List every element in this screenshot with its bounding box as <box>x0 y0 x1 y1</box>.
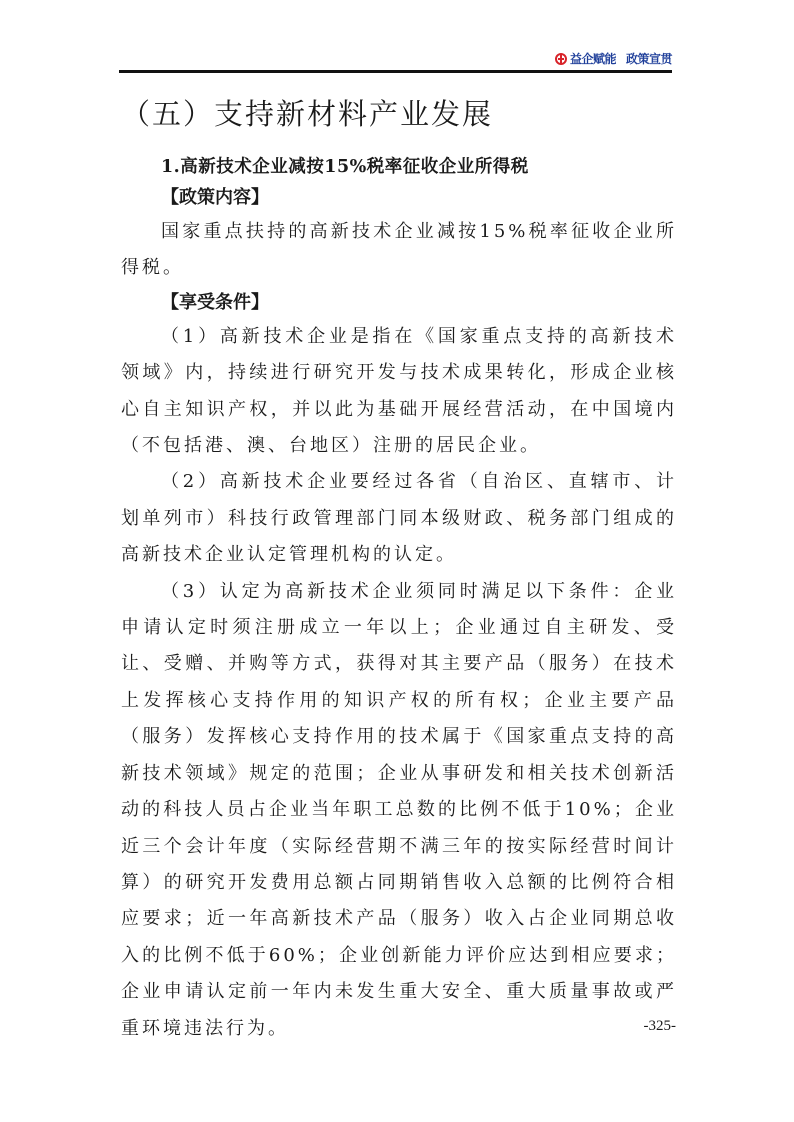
header-divider <box>119 70 672 73</box>
policy-content-label: 【政策内容】 <box>121 182 677 214</box>
brand-banner: 益企赋能 政策宣贯 <box>555 50 672 67</box>
brand-name: 益企赋能 <box>570 50 616 67</box>
red-circle-logo-icon <box>555 53 567 65</box>
section-title: （五）支持新材料产业发展 <box>121 88 677 140</box>
condition-paragraph-3: （3）认定为高新技术企业须同时满足以下条件：企业申请认定时须注册成立一年以上；企… <box>121 574 677 1047</box>
condition-paragraph-2: （2）高新技术企业要经过各省（自治区、直辖市、计划单列市）科技行政管理部门同本级… <box>121 464 677 573</box>
condition-paragraph-1: （1）高新技术企业是指在《国家重点支持的高新技术领域》内，持续进行研究开发与技术… <box>121 319 677 465</box>
conditions-label: 【享受条件】 <box>121 287 677 319</box>
page-number: -325- <box>644 1018 677 1035</box>
page-header: 益企赋能 政策宣贯 <box>119 46 672 74</box>
policy-content-text: 国家重点扶持的高新技术企业减按15%税率征收企业所得税。 <box>121 214 677 287</box>
brand-slogan: 政策宣贯 <box>626 50 672 67</box>
item-title: 1.高新技术企业减按15%税率征收企业所得税 <box>121 152 677 182</box>
document-body: （五）支持新材料产业发展 1.高新技术企业减按15%税率征收企业所得税 【政策内… <box>121 88 677 1047</box>
